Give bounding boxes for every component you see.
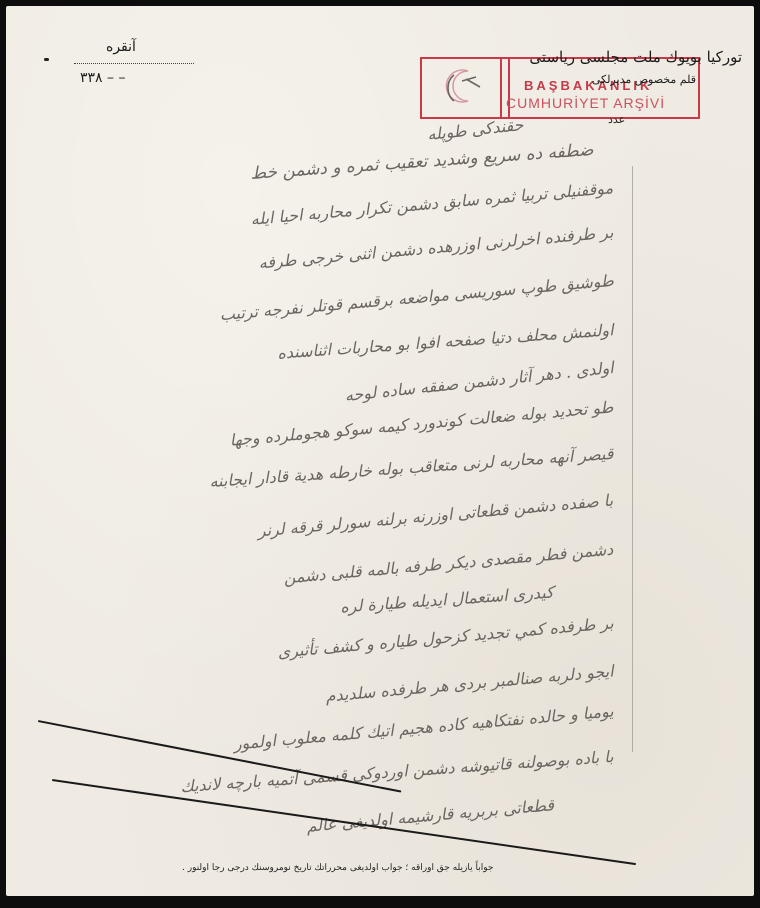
- body-line: بر طرفده كمي تجديد كزحول طياره و كشف تأث…: [277, 613, 614, 661]
- body-line: دشمن فطر مقصدى ديكر طرفه بالمه قلبى دشمن: [283, 540, 614, 588]
- body-line: با باده بوصولنه قاتيوشه دشمن اوردوكى قسم…: [180, 747, 614, 796]
- body-line: حقندكى طوپله: [427, 115, 525, 144]
- letterhead-number: ٣٣٨ – –: [80, 70, 125, 86]
- letterhead-institution: توركيا بويوك ملت مجلسى رياستى: [529, 48, 742, 66]
- archive-stamp: BAŞBAKANLIK CUMHURİYET ARŞİVİ: [500, 57, 700, 119]
- body-line: موقفنيلى تربيا ثمره سابق دشمن تكرار محار…: [250, 178, 614, 229]
- document-page: آنقره ٣٣٨ – – BAŞBAKANLIK CUMHURİYET ARŞ…: [6, 6, 754, 896]
- body-line: بر طرفنده اخرلرنى اوزرهده دشمن اثنى خرجى…: [258, 223, 614, 273]
- body-line: ضطفه ده سريع وشديد تعقيب ثمره و دشمن خط: [250, 140, 594, 184]
- body-line: كيدرى استعمال ايديله طيارة لره: [340, 583, 555, 617]
- crescent-star-icon: [420, 57, 506, 115]
- footer-note: جواباً يازيله جق اوراقه ؛ جواب اولديغى م…: [182, 863, 493, 873]
- punch-mark-icon: [44, 58, 49, 61]
- body-line: طوشيق طوپ سوريسى مواضعه برقسم قوتلر نفرج…: [219, 271, 614, 324]
- stamp-line-2: CUMHURİYET ARŞİVİ: [506, 95, 665, 111]
- body-line: يوميا و حالده نفتكاهيه كاده هجيم اتيك كل…: [233, 701, 614, 753]
- body-line: اولدى . دهر آثار دشمن صفقه ساده لوحه: [343, 358, 614, 405]
- body-line: با صفده دشمن قطعاتى اوزرنه برلنه سورلر ق…: [257, 490, 614, 540]
- letterhead-rule: [74, 63, 194, 64]
- margin-line: [632, 166, 633, 752]
- body-line: اولنمش محلف دتيا صفحه افوا بو محاربات اث…: [277, 320, 614, 362]
- body-line: ايجو دلربه صنالمبر بردى هر طرفده سلديدم: [325, 661, 615, 705]
- letterhead-department: قلم مخصوص مديرلكى: [592, 73, 696, 86]
- body-line: طو تحديد بوله ضعالت كوندورد كيمه سوكو هج…: [229, 397, 614, 449]
- letterhead-number-label: عدد: [608, 113, 625, 126]
- body-line: قطعاتى بربريه قارشيمه اولديغى عالم: [305, 795, 554, 836]
- body-line: قيصر آنهه محاربه لرنى متعاقب بوله خارطه …: [209, 444, 614, 491]
- strike-line-lower: [52, 779, 636, 865]
- archive-stamp-emblem-box: [420, 57, 510, 119]
- letterhead-place: آنقره: [106, 39, 136, 55]
